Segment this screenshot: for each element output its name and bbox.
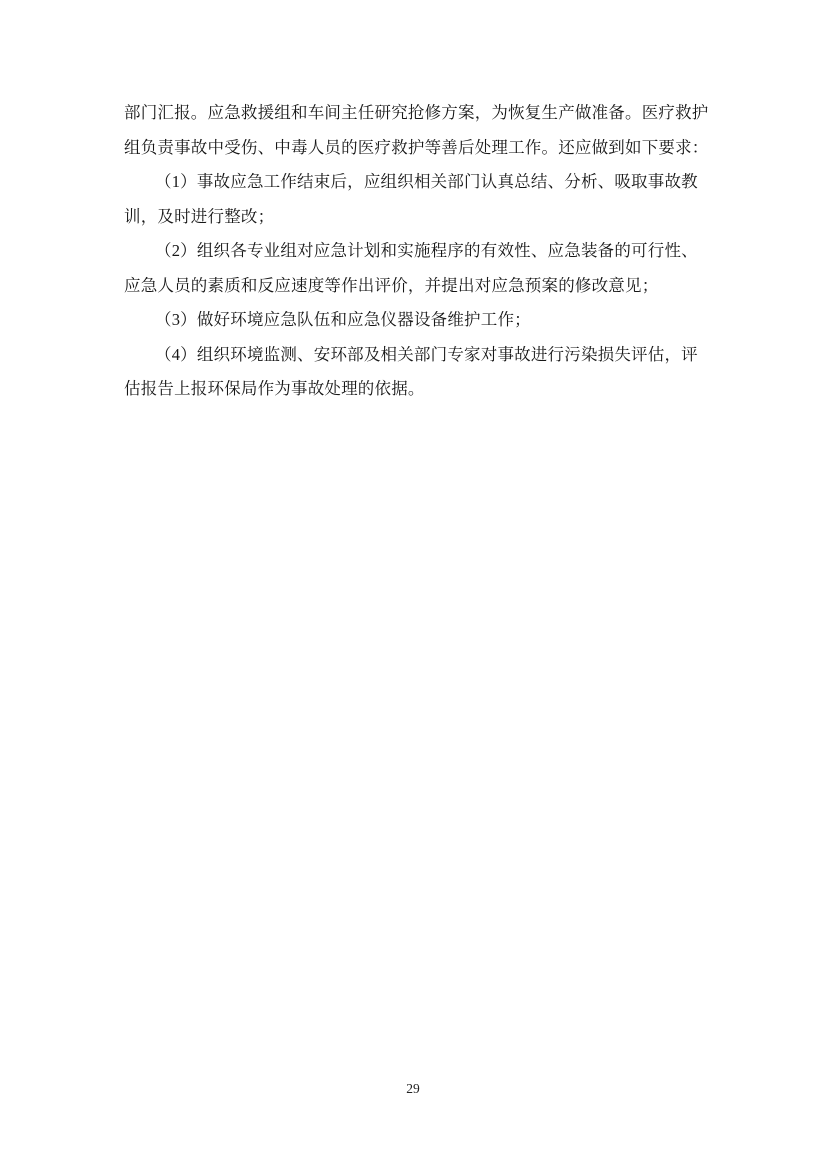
text-line: （1）事故应急工作结束后，应组织相关部门认真总结、分析、吸取事故教: [124, 165, 704, 200]
page-footer: 29: [0, 1080, 826, 1098]
text-line: 训，及时进行整改；: [124, 200, 704, 235]
text-line: （2）组织各专业组对应急计划和实施程序的有效性、应急装备的可行性、: [124, 234, 704, 269]
text-line: （4）组织环境监测、安环部及相关部门专家对事故进行污染损失评估，评: [124, 338, 704, 373]
text-line: （3）做好环境应急队伍和应急仪器设备维护工作；: [124, 303, 704, 338]
body-text: 部门汇报。应急救援组和车间主任研究抢修方案，为恢复生产做准备。医疗救护 组负责事…: [124, 96, 704, 407]
text-line: 应急人员的素质和反应速度等作出评价，并提出对应急预案的修改意见；: [124, 269, 704, 304]
text-line: 估报告上报环保局作为事故处理的依据。: [124, 372, 704, 407]
page-number: 29: [406, 1081, 420, 1096]
text-line: 组负责事故中受伤、中毒人员的医疗救护等善后处理工作。还应做到如下要求：: [124, 131, 704, 166]
document-page: 部门汇报。应急救援组和车间主任研究抢修方案，为恢复生产做准备。医疗救护 组负责事…: [0, 0, 826, 1169]
text-line: 部门汇报。应急救援组和车间主任研究抢修方案，为恢复生产做准备。医疗救护: [124, 96, 704, 131]
